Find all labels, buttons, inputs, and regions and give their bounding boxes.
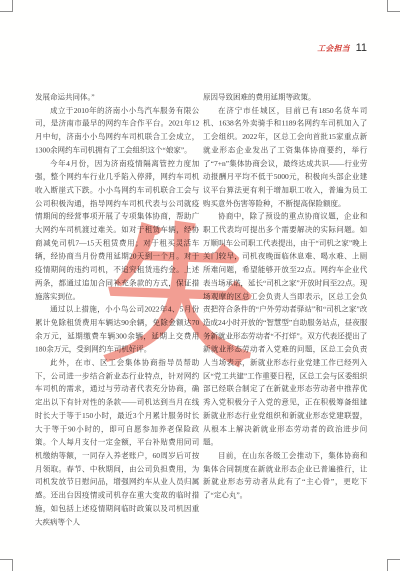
crop-mark-bottom-right bbox=[387, 559, 400, 571]
magazine-page: 工会担当 11 发展命运共同体。”成立于2010年的济南小小鸟汽车服务有限公司，… bbox=[0, 0, 400, 571]
paragraph: 在济宁市任城区，目前已有1850名货车司机、1638名外卖骑手和1189名网约车… bbox=[203, 104, 367, 210]
paragraph: 协商中，除了预设的重点协商议题，企业和职工代表均可提出多个需要解决的实际问题。如… bbox=[203, 210, 367, 449]
paragraph: 今年4月份，因为济南疫情隔离管控力度加强，整个网约车行业几乎陷入停滞，网约车司机… bbox=[35, 157, 199, 303]
crop-mark-bottom-left bbox=[0, 559, 13, 571]
paragraph: 目前，在山东各级工会推动下，集体协商和集体合同制度在新就业形态企业已普遍推行，让… bbox=[203, 449, 367, 502]
page-number: 11 bbox=[356, 42, 367, 54]
paragraph: 原因导致困难的费用延期等政策。 bbox=[203, 91, 367, 104]
crop-mark-top-right bbox=[387, 0, 400, 12]
paragraph: 发展命运共同体。” bbox=[35, 91, 199, 104]
running-head: 工会担当 11 bbox=[308, 40, 367, 55]
article-column-right: 原因导致困难的费用延期等政策。在济宁市任城区，目前已有1850名货车司机、163… bbox=[203, 91, 367, 516]
paragraph: 此外，在市、区工会集体协商指导员帮助下，公司进一步结合新业态行业特点，针对网约车… bbox=[35, 357, 199, 530]
paragraph: 通过以上措施，小小鸟公司2022年4、5月份累计免除租赁费用车辆达90余辆，免除… bbox=[35, 303, 199, 356]
column-text: 原因导致困难的费用延期等政策。在济宁市任城区，目前已有1850名货车司机、163… bbox=[203, 91, 367, 503]
article-column-left: 发展命运共同体。”成立于2010年的济南小小鸟汽车服务有限公司，是济南市最早的网… bbox=[35, 91, 199, 516]
section-label: 工会担当 bbox=[317, 42, 350, 54]
crop-mark-top-left bbox=[0, 0, 13, 12]
column-text: 发展命运共同体。”成立于2010年的济南小小鸟汽车服务有限公司，是济南市最早的网… bbox=[35, 91, 199, 529]
paragraph: 成立于2010年的济南小小鸟汽车服务有限公司，是济南市最早的网约车合作平台。20… bbox=[35, 104, 199, 157]
